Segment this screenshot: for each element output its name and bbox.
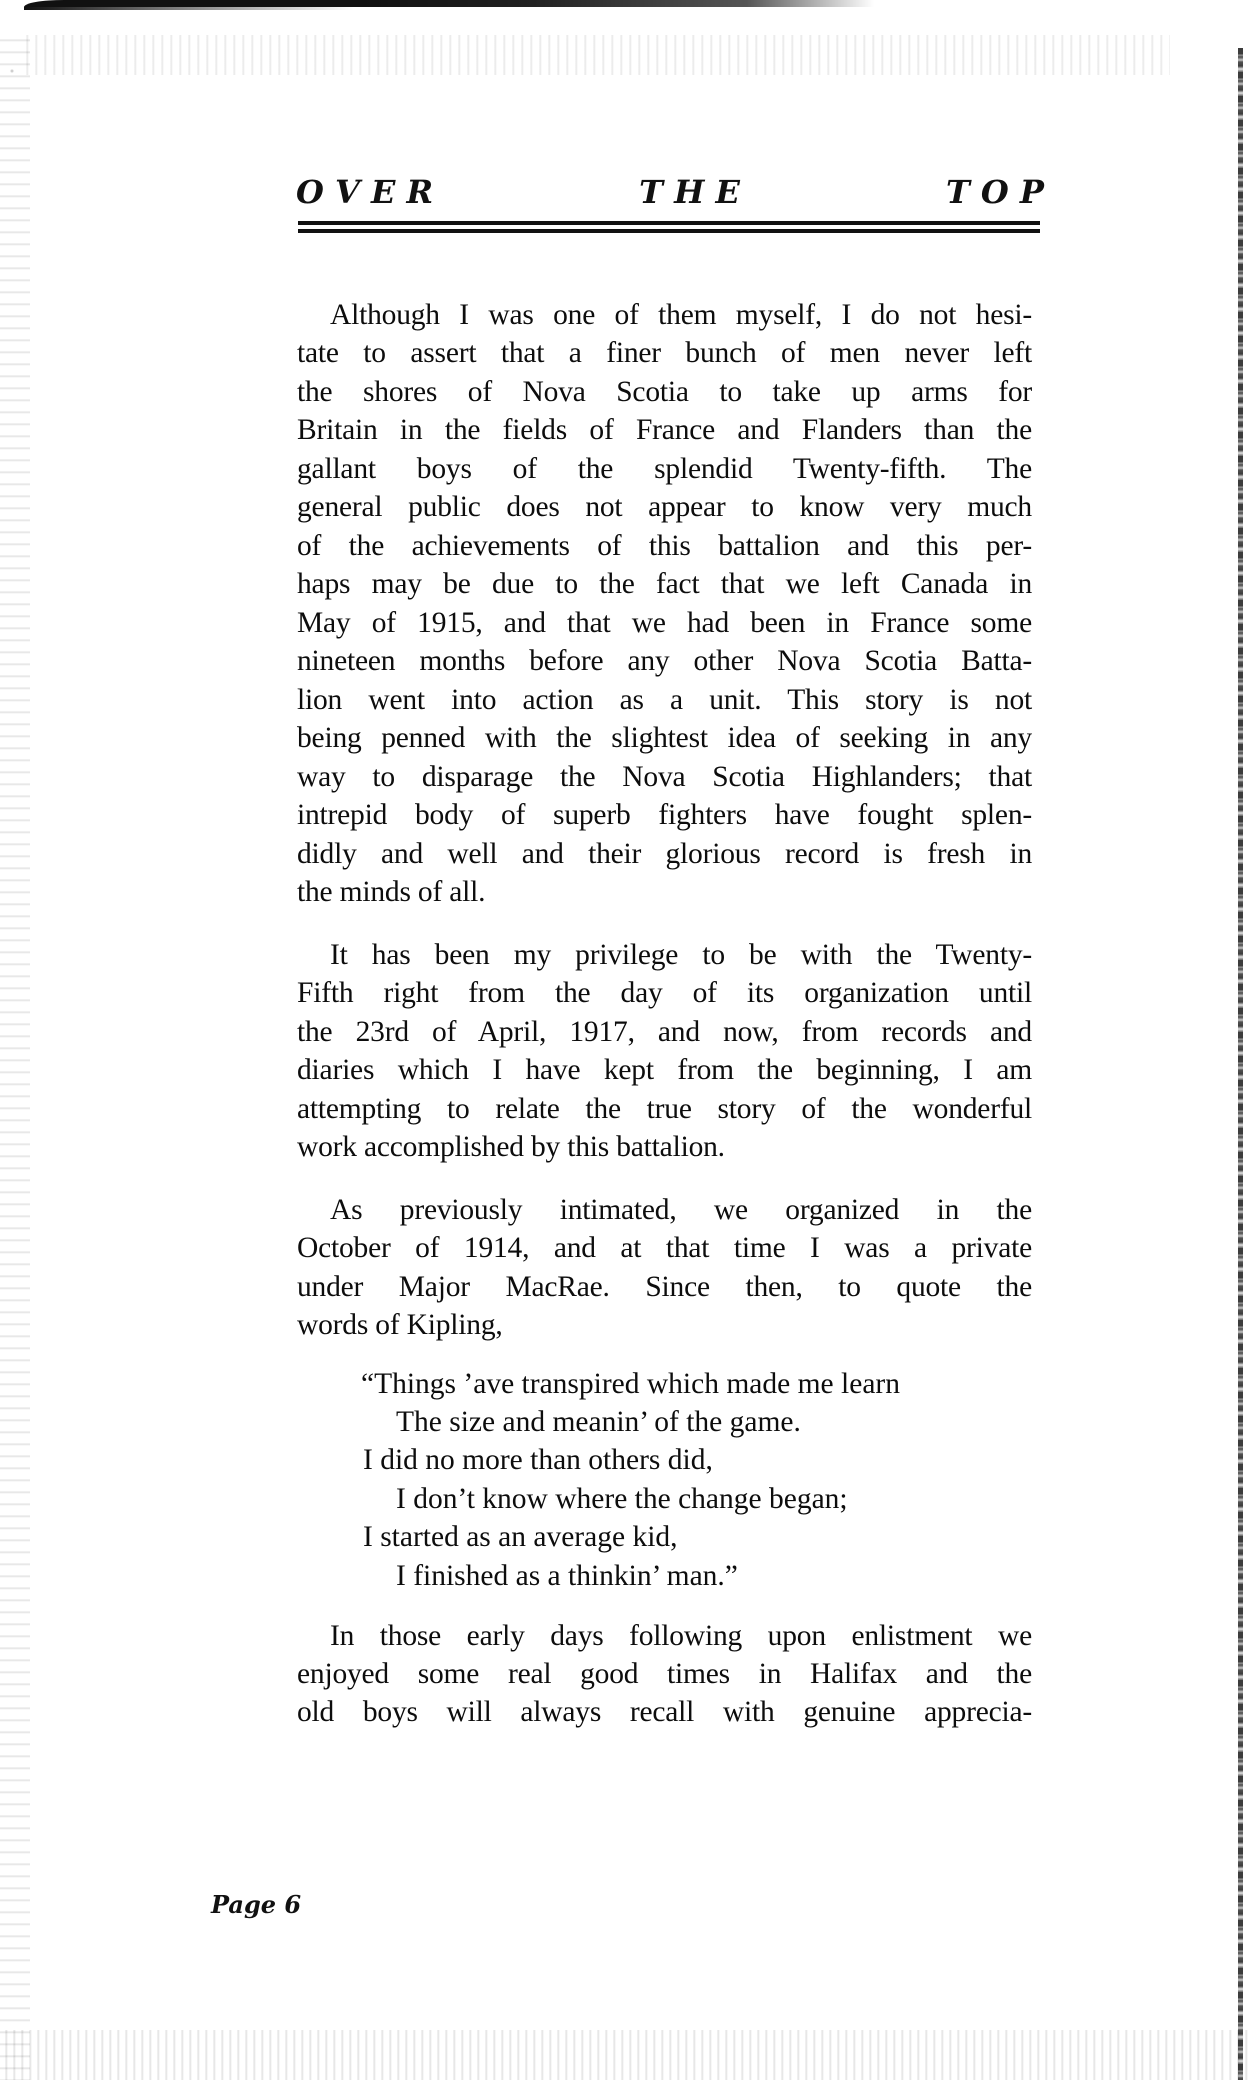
verse-line: The size and meanin’ of the game. (396, 1403, 801, 1441)
scanned-book-page: O V E R T H E T O P Although I was one o… (0, 0, 1250, 2080)
page-number: Page 6 (211, 1890, 301, 1920)
text-line: May of 1915, and that we had been in Fra… (297, 604, 1032, 642)
text-line: tate to assert that a finer bunch of men… (297, 334, 1032, 372)
running-head-word-2: T H E (639, 172, 740, 212)
text-line: way to disparage the Nova Scotia Highlan… (297, 758, 1032, 796)
text-line: gallant boys of the splendid Twenty-fift… (297, 450, 1032, 488)
text-line: Britain in the fields of France and Flan… (297, 411, 1032, 449)
verse-line: “Things ’ave transpired which made me le… (361, 1365, 900, 1403)
scan-top-edge-shadow-inner (24, 7, 354, 10)
text-line: of the achievements of this battalion an… (297, 527, 1032, 565)
text-line: old boys will always recall with genuine… (297, 1693, 1032, 1731)
text-line: haps may be due to the fact that we left… (297, 565, 1032, 603)
text-line: general public does not appear to know v… (297, 488, 1032, 526)
text-line: Fifth right from the day of its organiza… (297, 974, 1032, 1012)
header-double-rule-top (298, 221, 1040, 225)
scan-noise-left-edge (0, 30, 30, 2080)
verse-line: I finished as a thinkin’ man.” (396, 1557, 738, 1595)
text-line: work accomplished by this battalion. (297, 1128, 725, 1166)
text-line: lion went into action as a unit. This st… (297, 681, 1032, 719)
scan-noise-top (20, 35, 1170, 75)
scan-noise-bottom (0, 2030, 1250, 2080)
verse-line: I did no more than others did, (363, 1441, 713, 1479)
text-line: the minds of all. (297, 873, 485, 911)
running-head-title: O V E R T H E T O P (296, 172, 1044, 212)
text-line: diaries which I have kept from the begin… (297, 1051, 1032, 1089)
text-line: intrepid body of superb fighters have fo… (297, 796, 1032, 834)
scan-right-page-edge (1238, 48, 1243, 2080)
running-head-word-1: O V E R (296, 172, 433, 212)
text-line: It has been my privilege to be with the … (330, 936, 1032, 974)
running-head-word-3: T O P (946, 172, 1044, 212)
text-line: October of 1914, and at that time I was … (297, 1229, 1032, 1267)
verse-line: I started as an average kid, (363, 1518, 678, 1556)
text-line: under Major MacRae. Since then, to quote… (297, 1268, 1032, 1306)
scan-top-edge-shadow (24, 0, 874, 7)
header-double-rule-bottom (298, 229, 1040, 233)
text-line: Although I was one of them myself, I do … (330, 296, 1032, 334)
text-line: enjoyed some real good times in Halifax … (297, 1655, 1032, 1693)
text-line: words of Kipling, (297, 1306, 503, 1344)
text-line: didly and well and their glorious record… (297, 835, 1032, 873)
text-line: being penned with the slightest idea of … (297, 719, 1032, 757)
text-line: the shores of Nova Scotia to take up arm… (297, 373, 1032, 411)
text-line: the 23rd of April, 1917, and now, from r… (297, 1013, 1032, 1051)
text-line: nineteen months before any other Nova Sc… (297, 642, 1032, 680)
verse-line: I don’t know where the change began; (396, 1480, 848, 1518)
text-line: attempting to relate the true story of t… (297, 1090, 1032, 1128)
text-line: As previously intimated, we organized in… (330, 1191, 1032, 1229)
text-line: In those early days following upon enlis… (330, 1617, 1032, 1655)
